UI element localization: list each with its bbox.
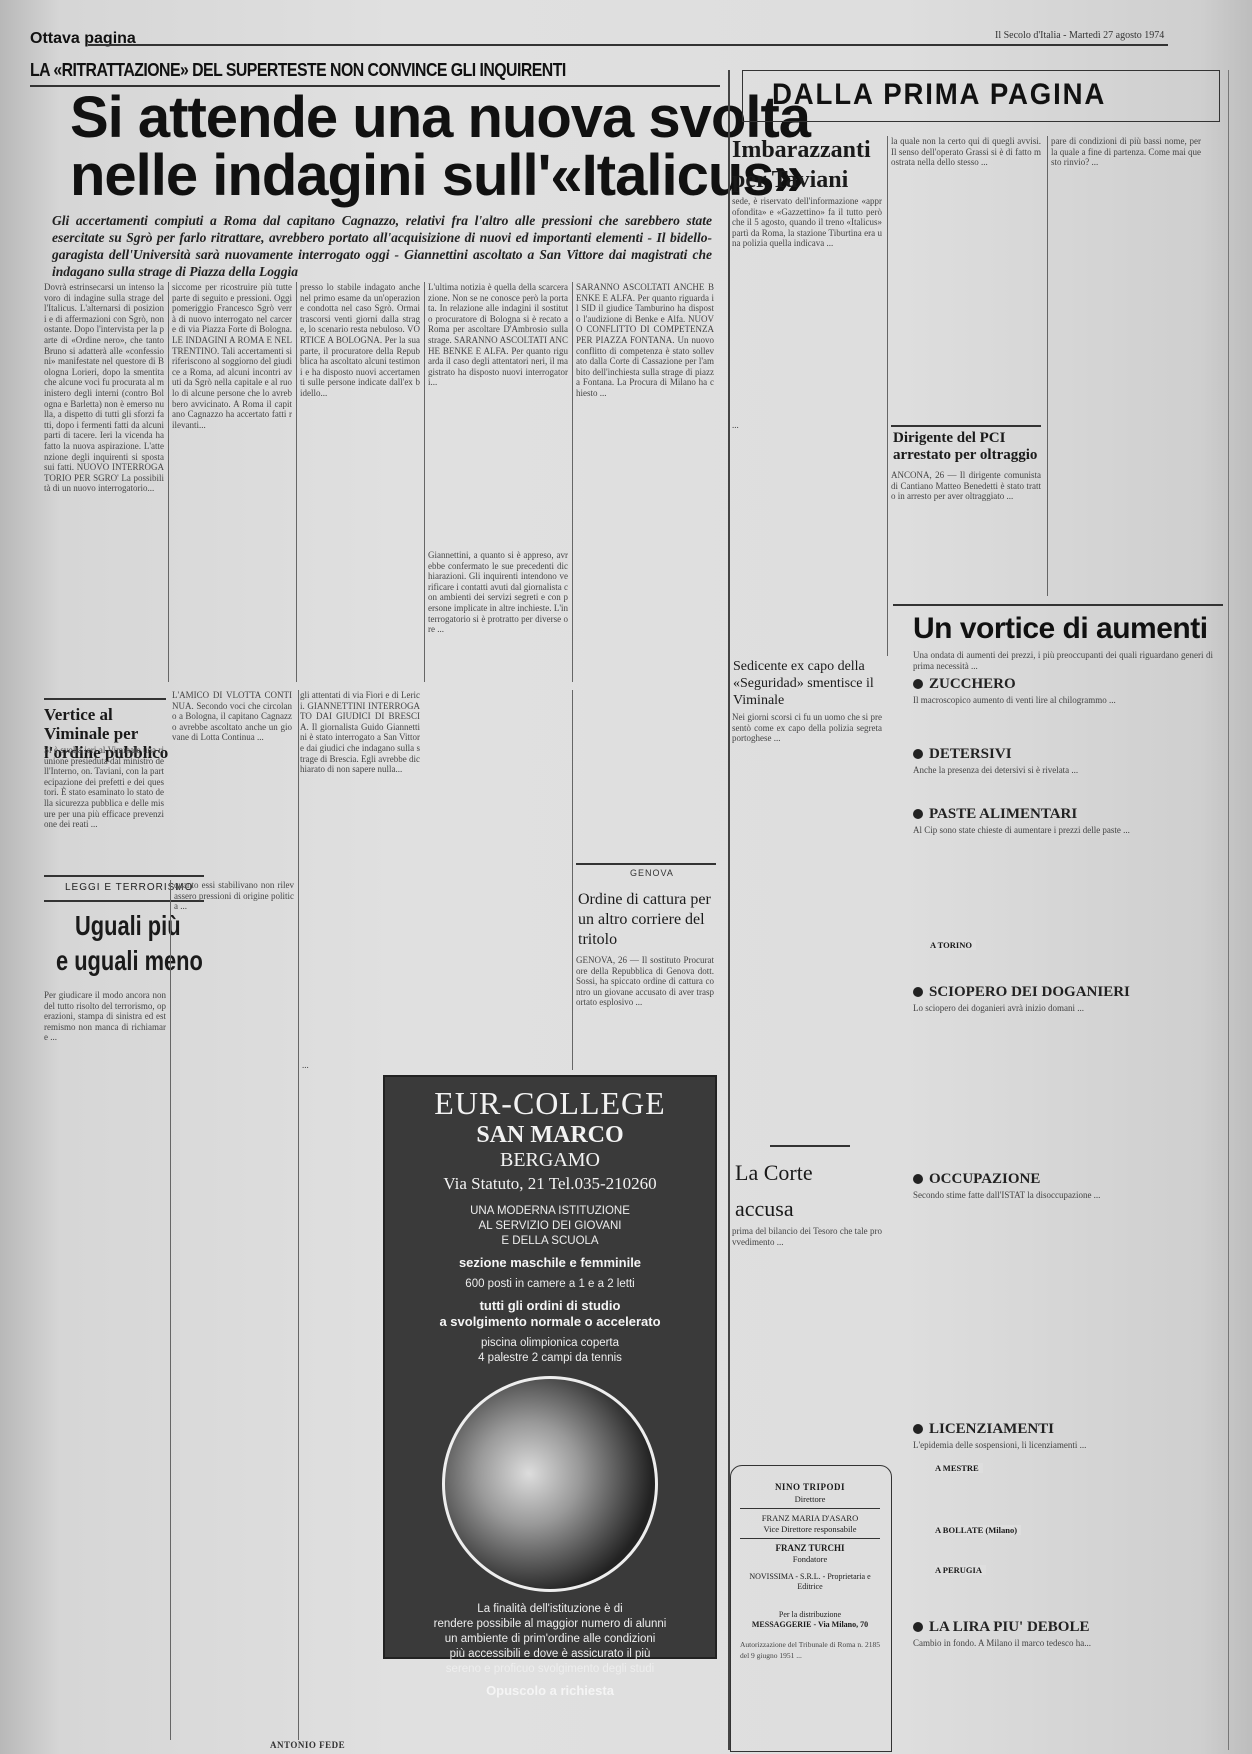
ad-facilities-2: 4 palestre 2 campi da tennis (385, 1351, 715, 1366)
genova-top-rule (576, 863, 716, 865)
aumenti-item-zucchero: ZUCCHERO (913, 675, 1218, 693)
main-story-col3: presso lo stabile indagato anche nel pri… (300, 282, 420, 682)
ad-cta: Opuscolo a richiesta (385, 1683, 715, 1699)
ad-facilities-1: piscina olimpionica coperta (385, 1336, 715, 1351)
aumenti-paste-body: Al Cip sono state chieste di aumentare i… (913, 825, 1213, 985)
colophon-director: NINO TRIPODI (730, 1482, 890, 1492)
aumenti-occupazione-body: Secondo stime fatte dall'ISTAT la disocc… (913, 1190, 1213, 1425)
ad-mission-5: sereno e proficuo svolgimento degli stud… (385, 1662, 715, 1677)
imbarazzanti-col3: pare di condizioni di più bassi nome, pe… (1051, 136, 1201, 596)
column-divider (572, 282, 573, 682)
aumenti-doganieri-body: Lo sciopero dei doganieri avrà inizio do… (913, 1003, 1213, 1168)
aumenti-item-lira: LA LIRA PIU' DEBOLE (913, 1618, 1218, 1636)
editorial-col2: quanto essi stabilivano non rilevassero … (174, 880, 294, 1730)
colophon-founder: FRANZ TURCHI (730, 1543, 890, 1553)
column-divider (170, 880, 171, 1740)
ad-tagline-3: E DELLA SCUOLA (385, 1234, 715, 1249)
sedicente-body-top: ... (732, 420, 882, 650)
aumenti-top-rule (893, 604, 1223, 606)
main-story-col5: SARANNO ASCOLTATI ANCHE BENKE E ALFA. Pe… (576, 282, 714, 852)
column-divider (1047, 136, 1048, 596)
aumenti-headline: Un vortice di aumenti (913, 612, 1208, 646)
page-right-edge (1228, 70, 1229, 1750)
column-divider (572, 690, 573, 1070)
ad-tagline-1: UNA MODERNA ISTITUZIONE (385, 1204, 715, 1219)
main-story-col4-lower: Giannettini, a quanto si è appreso, avre… (428, 550, 568, 1050)
colophon-deputy-role: Vice Direttore responsabile (730, 1524, 890, 1534)
genova-headline: Ordine di cattura per un altro corriere … (578, 890, 718, 950)
aumenti-intro: Una ondata di aumenti dei prezzi, i più … (913, 650, 1213, 672)
aumenti-dateline-bollate: A BOLLATE (Milano) (935, 1525, 1021, 1535)
vertice-top-rule (44, 698, 166, 700)
vertice-body: Si è svolta ieri al Viminale una riunion… (44, 745, 164, 865)
bullet-icon (913, 749, 923, 759)
advertisement-eur-college: EUR-COLLEGE SAN MARCO BERGAMO Via Statut… (383, 1075, 717, 1659)
newspaper-page: Ottava pagina Il Secolo d'Italia - Marte… (0, 0, 1252, 1754)
bullet-icon (913, 987, 923, 997)
colophon-deputy: FRANZ MARIA D'ASARO (730, 1513, 890, 1523)
genova-body: GENOVA, 26 — Il sostituto Procuratore de… (576, 955, 714, 1065)
main-story-col2: siccome per ricostruire più tutte parte … (172, 282, 292, 682)
ad-sub: SAN MARCO (385, 1122, 715, 1149)
ad-address: Via Statuto, 21 Tel.035-210260 (385, 1174, 715, 1194)
aumenti-dateline-perugia: A PERUGIA (935, 1565, 986, 1575)
colophon-rule (740, 1538, 880, 1539)
ad-studies-1: tutti gli ordini di studio (385, 1298, 715, 1314)
main-story-col3-lower: gli attentati di via Fiori e di Lerici. … (300, 690, 420, 1050)
bullet-icon (913, 809, 923, 819)
masthead-date: Il Secolo d'Italia - Martedì 27 agosto 1… (995, 30, 1164, 41)
editorial-byline: ANTONIO FEDE (270, 1740, 345, 1750)
column-divider (296, 282, 297, 682)
column-divider (424, 282, 425, 682)
aumenti-lira-body: Cambio in fondo. A Milano il marco tedes… (913, 1638, 1213, 1738)
main-story-col1: Dovrà estrinsecarsi un intenso lavoro di… (44, 282, 164, 682)
dalla-prima-banner: DALLA PRIMA PAGINA (772, 78, 1106, 112)
column-divider (887, 136, 888, 656)
ad-mission-2: rendere possibile al maggior numero di a… (385, 1617, 715, 1632)
column-divider (168, 282, 169, 682)
ad-students-photo (442, 1376, 658, 1592)
ad-rooms: 600 posti in camere a 1 e a 2 letti (385, 1277, 715, 1292)
aumenti-item-detersivi: DETERSIVI (913, 745, 1218, 763)
editorial-col3: ... (302, 1060, 378, 1720)
bullet-icon (913, 1424, 923, 1434)
colophon-founder-role: Fondatore (730, 1554, 890, 1564)
genova-dateline: GENOVA (630, 868, 674, 878)
main-deck: Gli accertamenti compiuti a Roma dal cap… (52, 212, 712, 280)
dirigente-headline: Dirigente del PCI arrestato per oltraggi… (893, 430, 1043, 464)
main-headline-line2: nelle indagini sull'«Italicus» (70, 146, 805, 206)
bullet-icon (913, 1622, 923, 1632)
sedicente-body: Nei giorni scorsi ci fu un uomo che si p… (732, 712, 882, 1132)
ad-mission-1: La finalità dell'istituzione è di (385, 1602, 715, 1617)
ad-mission-4: più accessibili e dove è assicurato il p… (385, 1647, 715, 1662)
editorial-top-rule (44, 875, 204, 877)
ad-studies-2: a svolgimento normale o accelerato (385, 1314, 715, 1330)
colophon-distribution-label: Per la distribuzione (730, 1610, 890, 1619)
sedicente-headline: Sedicente ex capo della «Seguridad» smen… (733, 658, 883, 709)
editorial-col1: Per giudicare il modo ancora non del tut… (44, 990, 166, 1730)
ad-mission-3: un ambiente di prim'ordine alle condizio… (385, 1632, 715, 1647)
corte-headline-line2: accusa (735, 1196, 794, 1222)
corte-headline-line1: La Corte (735, 1160, 813, 1186)
bullet-icon (913, 1174, 923, 1184)
colophon-fineprint: Autorizzazione del Tribunale di Roma n. … (740, 1640, 880, 1740)
editorial-headline-line1: Uguali più (75, 910, 181, 942)
ad-city: BERGAMO (385, 1149, 715, 1172)
imbarazzanti-body: sede, è riservato dell'informazione «app… (732, 196, 882, 416)
column-divider (298, 690, 299, 1740)
main-headline-line1: Si attende una nuova svolta (70, 88, 810, 148)
ad-name: EUR-COLLEGE (385, 1085, 715, 1122)
corte-body: prima del bilancio dei Tesoro che tale p… (732, 1226, 882, 1451)
dirigente-top-rule (891, 425, 1041, 427)
ad-sections: sezione maschile e femminile (385, 1255, 715, 1271)
aumenti-dateline-torino: A TORINO (930, 940, 976, 950)
aumenti-detersivi-body: Anche la presenza dei detersivi si è riv… (913, 765, 1213, 803)
bullet-icon (913, 679, 923, 689)
corte-top-rule (770, 1145, 850, 1147)
colophon-director-role: Direttore (730, 1494, 890, 1504)
aumenti-dateline-mestre: A MESTRE (935, 1463, 983, 1473)
main-story-col2-lower: L'AMICO DI VLOTTA CONTINUA. Secondo voci… (172, 690, 292, 870)
colophon-distributor: MESSAGGERIE - Via Milano, 70 (730, 1620, 890, 1629)
aumenti-item-occupazione: OCCUPAZIONE (913, 1170, 1218, 1188)
colophon-publisher: NOVISSIMA - S.R.L. - Proprietaria e Edit… (740, 1572, 880, 1592)
imbarazzanti-headline-line1: Imbarazzanti (732, 136, 871, 164)
colophon-rule (740, 1508, 880, 1509)
main-kicker: LA «RITRATTAZIONE» DEL SUPERTESTE NON CO… (30, 60, 566, 81)
aumenti-item-paste: PASTE ALIMENTARI (913, 805, 1218, 823)
aumenti-item-doganieri: SCIOPERO DEI DOGANIERI (913, 983, 1218, 1001)
aumenti-item-licenziamenti: LICENZIAMENTI (913, 1420, 1218, 1438)
header-rule (88, 44, 1168, 46)
dirigente-body: ANCONA, 26 — Il dirigente comunista di C… (891, 470, 1041, 595)
ad-tagline-2: AL SERVIZIO DEI GIOVANI (385, 1219, 715, 1234)
main-story-col4: L'ultima notizia è quella della scarcera… (428, 282, 568, 542)
imbarazzanti-headline-line2: per Taviani (732, 166, 848, 194)
aumenti-zucchero-body: Il macroscopico aumento di venti lire al… (913, 695, 1213, 743)
